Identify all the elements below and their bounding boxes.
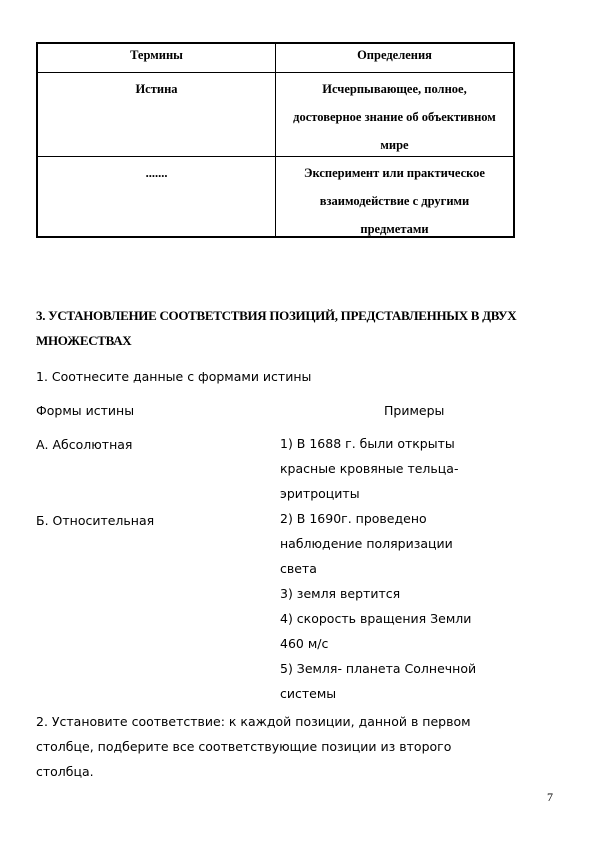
example-line: 2) В 1690г. проведено <box>280 506 476 531</box>
definition-cell: Исчерпывающее, полное, достоверное знани… <box>276 73 513 156</box>
example-line: 3) земля вертится <box>280 581 476 606</box>
task2-text: 2. Установите соответствие: к каждой поз… <box>36 709 471 784</box>
definition-line: Эксперимент или практическое <box>279 159 510 187</box>
header-terms: Термины <box>38 44 276 72</box>
example-item: 5) Земля- планета Солнечной системы <box>280 656 476 706</box>
example-line: системы <box>280 681 476 706</box>
example-item: 1) В 1688 г. были открыты красные кровян… <box>280 431 476 506</box>
task1-prompt: 1. Соотнесите данные с формами истины <box>36 369 311 384</box>
form-relative: Б. Относительная <box>36 513 154 528</box>
example-line: 4) скорость вращения Земли <box>280 606 476 631</box>
definition-cell: Эксперимент или практическое взаимодейст… <box>276 157 513 238</box>
definition-line: мире <box>279 131 510 159</box>
definition-line: достоверное знание об объективном <box>279 103 510 131</box>
task2-line: столбце, подберите все соответствующие п… <box>36 734 471 759</box>
example-line: наблюдение поляризации <box>280 531 476 556</box>
example-line: красные кровяные тельца- <box>280 456 476 481</box>
term-cell: Истина <box>38 73 276 156</box>
section-heading: 3. УСТАНОВЛЕНИЕ СООТВЕТСТВИЯ ПОЗИЦИЙ, ПР… <box>36 303 566 353</box>
example-item: 2) В 1690г. проведено наблюдение поляриз… <box>280 506 476 581</box>
forms-header: Формы истины <box>36 403 134 418</box>
task2-line: 2. Установите соответствие: к каждой поз… <box>36 709 471 734</box>
heading-line: 3. УСТАНОВЛЕНИЕ СООТВЕТСТВИЯ ПОЗИЦИЙ, ПР… <box>36 303 566 328</box>
table-row: Истина Исчерпывающее, полное, достоверно… <box>38 73 513 157</box>
term-cell: ....... <box>38 157 276 238</box>
example-line: света <box>280 556 476 581</box>
table-row: ....... Эксперимент или практическое вза… <box>38 157 513 238</box>
definition-line: предметами <box>279 215 510 243</box>
form-absolute: А. Абсолютная <box>36 437 132 452</box>
example-line: 5) Земля- планета Солнечной <box>280 656 476 681</box>
terms-definitions-table: Термины Определения Истина Исчерпывающее… <box>36 42 515 238</box>
task2-line: столбца. <box>36 759 471 784</box>
definition-line: взаимодействие с другими <box>279 187 510 215</box>
example-line: 1) В 1688 г. были открыты <box>280 431 476 456</box>
header-definitions: Определения <box>276 44 513 72</box>
examples-header: Примеры <box>384 403 444 418</box>
definition-line: Исчерпывающее, полное, <box>279 75 510 103</box>
page-number: 7 <box>547 790 553 805</box>
heading-line: МНОЖЕСТВАХ <box>36 328 566 353</box>
example-item: 3) земля вертится <box>280 581 476 606</box>
table-header-row: Термины Определения <box>38 44 513 73</box>
example-line: 460 м/с <box>280 631 476 656</box>
example-item: 4) скорость вращения Земли 460 м/с <box>280 606 476 656</box>
examples-list: 1) В 1688 г. были открыты красные кровян… <box>280 431 476 706</box>
example-line: эритроциты <box>280 481 476 506</box>
